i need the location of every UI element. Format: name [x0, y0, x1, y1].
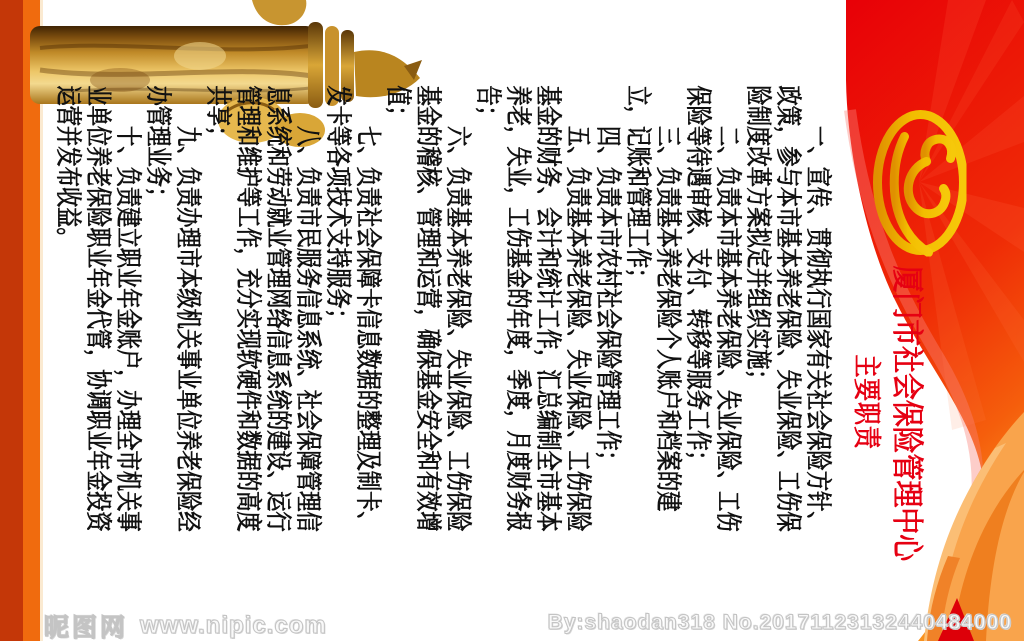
watermark-site-name: 昵图网: [44, 608, 128, 641]
body-line: 政策，参与本市基本养老保险、失业保险、工伤保: [773, 85, 803, 569]
body-line: 业单位养老保险职业年金代管，协调职业年金投资: [83, 85, 113, 569]
responsibilities-text: 一、宣传、贯彻执行国家有关社会保险方针、政策，参与本市基本养老保险、失业保险、工…: [53, 85, 833, 569]
body-line: 立，记账和管理工作；: [623, 85, 653, 569]
body-line: 共享；: [203, 85, 233, 569]
body-line: 八、负责市民服务信息系统、社会保障管理信: [293, 85, 323, 569]
body-line: 六、负责基本养老保险、失业保险、工伤保险: [443, 85, 473, 569]
body-line: 五、负责基本养老保险、失业保险、工伤保险: [563, 85, 593, 569]
body-line: 办管理业务；: [143, 85, 173, 569]
emblem-swan-body: [908, 161, 946, 213]
body-line: 告；: [473, 85, 503, 569]
watermark-site-url: www.nipic.com: [140, 612, 327, 640]
social-insurance-emblem-icon: [870, 108, 966, 256]
body-line: 发卡等各项技术支持服务；: [323, 85, 353, 569]
body-line: 一、宣传、贯彻执行国家有关社会保险方针、: [803, 85, 833, 569]
body-line: 基金的稽核、管理和运营，确保基金安全和有效增: [413, 85, 443, 569]
body-line: 四、负责本市农村社会保险管理工作；: [593, 85, 623, 569]
body-line: 保险等待遇审核、支付、转移等服务工作；: [683, 85, 713, 569]
body-line: 十、负责建立职业年金账户，办理全市机关事: [113, 85, 143, 569]
watermark-left: 昵图网 www.nipic.com: [44, 608, 327, 641]
body-line: 七、负责社会保障卡信息数据的整理及制卡、: [353, 85, 383, 569]
body-line: 基金的财务、会计和统计工作，汇总编制全市基本: [533, 85, 563, 569]
body-line: 息系统和劳动就业管理网络信息系统的建设、运行: [263, 85, 293, 569]
body-line: 管理和维护等工作，充分实现软硬件和数据的高度: [233, 85, 263, 569]
poster-canvas: 厦门市社会保险管理中心 主要职责 一、宣传、贯彻执行国家有关社会保险方针、政策，…: [0, 0, 1024, 641]
body-line: 养老，失业，工伤基金的年度，季度，月度财务报: [503, 85, 533, 569]
body-line: 二、负责本市基本养老保险、失业保险、工伤: [713, 85, 743, 569]
body-line: 险制度改革方案拟定并组织实施；: [743, 85, 773, 569]
body-line: 值；: [383, 85, 413, 569]
watermark-credit: By:shaodan318 No.20171123132440484000: [548, 611, 1012, 635]
body-line: 运营并发布收益。: [53, 85, 83, 569]
social-insurance-emblem: [870, 108, 966, 256]
body-line: 九、负责办理市本级机关事业单位养老保险经: [173, 85, 203, 569]
poster-title: 厦门市社会保险管理中心: [886, 265, 932, 561]
poster-subtitle: 主要职责: [848, 354, 888, 449]
body-line: 三、负责基本养老保险个人账户和档案的建: [653, 85, 683, 569]
rotated-poster-layer: 厦门市社会保险管理中心 主要职责 一、宣传、贯彻执行国家有关社会保险方针、政策，…: [0, 0, 1024, 641]
